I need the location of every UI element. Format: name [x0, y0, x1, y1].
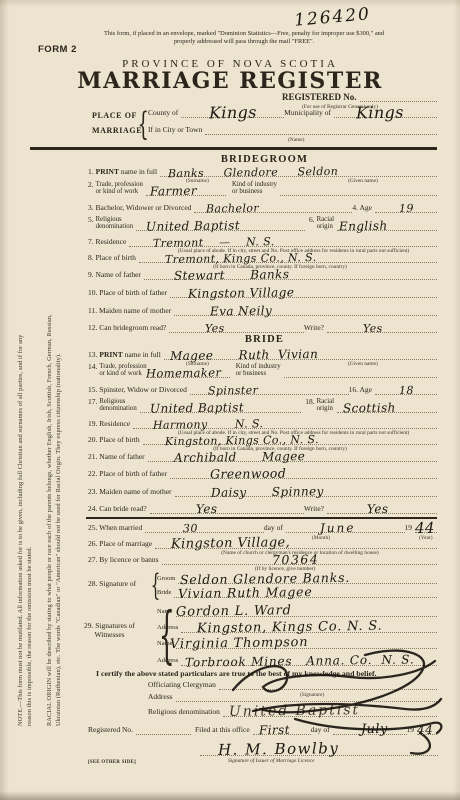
- marriage-register-document: 126420 This form, if placed in an envelo…: [0, 0, 460, 800]
- clergyman-address-line: [176, 687, 437, 702]
- f17-number: 17.: [88, 399, 99, 413]
- bride-write-line: Yes: [327, 499, 437, 514]
- groom-religion-line: United Baptist: [136, 216, 305, 231]
- issuer-signature-value: H. M. Bowlby: [218, 739, 340, 759]
- groom-status-line: Bachelor: [194, 198, 352, 213]
- sidebar-note-line1: NOTE.—This form must not be mutilated. A…: [17, 335, 24, 726]
- bride-name-line: Magee Ruth Vivian: [164, 345, 437, 360]
- place-of-line2: MARRIAGE: [92, 126, 142, 135]
- bride-father-birthplace-value-line: Greenwood: [170, 464, 437, 479]
- bride-literacy-row: 24. Can bride read? Yes Write? Yes: [88, 500, 437, 514]
- f29-label-line2: Witnesses: [84, 631, 135, 640]
- f13-number: 13.: [88, 350, 99, 359]
- f18-number: 18.: [305, 399, 316, 413]
- bride-father-row: 21. Name of father Archibald Magee: [88, 448, 437, 462]
- bride-trade-line: Homemaker: [150, 363, 230, 378]
- clergyman-address-label: Address: [148, 693, 176, 702]
- bride-residence-row: 19. Residence Harmony N. S.: [88, 415, 437, 429]
- city-town-row: If in City or Town: [148, 121, 437, 135]
- f25-label: 25. When married: [88, 524, 145, 533]
- registered-no-line: [360, 87, 437, 102]
- groom-status-row: 3. Bachelor, Widower or Divorced Bachelo…: [88, 199, 437, 213]
- mail-note: This form, if placed in an envelope, mar…: [58, 30, 430, 45]
- f1-rest-label: name in full: [121, 167, 157, 176]
- bride-read-line: Yes: [150, 499, 304, 514]
- f12-write-label: Write?: [304, 324, 327, 333]
- sidebar-racial-line2: Ukrainian (Ruthenian), etc. The words "C…: [55, 353, 62, 726]
- mail-note-line1: This form, if placed in an envelope, mar…: [58, 30, 430, 38]
- sidebar-note-line2: reason this is impossible, the reason fo…: [26, 547, 33, 726]
- bride-read-value: Yes: [196, 502, 218, 516]
- groom-age-line: 19: [375, 198, 437, 213]
- filed-dayof-label: day of: [311, 726, 333, 735]
- bride-father-birthplace-row: 22. Place of birth of father Greenwood: [88, 465, 437, 479]
- groom-residence-row: 7. Residence Tremont — N. S.: [88, 233, 437, 247]
- groom-father-birthplace-row: 10. Place of birth of father Kingston Vi…: [88, 284, 437, 298]
- f8-label: 8. Place of birth: [88, 254, 139, 263]
- f16-label: 16. Age: [349, 386, 375, 395]
- groom-mother-row: 11. Maiden name of mother Eva Neily: [88, 302, 437, 316]
- bride-trade-row: 14. Trade, professionor kind of work Hom…: [88, 364, 437, 378]
- groom-trade-line: Farmer: [146, 181, 226, 196]
- witness1-name-label: Name: [157, 608, 176, 617]
- f3-label: 3. Bachelor, Widower or Divorced: [88, 204, 194, 213]
- registered-label: Registered No.: [88, 726, 136, 735]
- f20-label: 20. Place of birth: [88, 436, 143, 445]
- licence-line: 70364: [162, 550, 437, 565]
- bride-mother-row: 23. Maiden name of mother Daisy Spinney: [88, 483, 437, 497]
- f21-label: 21. Name of father: [88, 453, 148, 462]
- groom-name-line: Banks Glendore Seldon: [160, 162, 437, 177]
- top-rule: [30, 147, 437, 150]
- groom-signature-line: Seldon Glendore Banks.: [178, 569, 437, 584]
- clergyman-denomination-line: United Baptist: [223, 702, 437, 717]
- f22-label: 22. Place of birth of father: [88, 470, 170, 479]
- mail-note-line2: properly addressed will pass through the…: [58, 38, 430, 46]
- groom-status-value: Bachelor: [206, 202, 259, 216]
- bride-father-value: Archibald Magee: [174, 449, 305, 465]
- city-town-sublabel: (Name): [288, 137, 304, 143]
- groom-father-line: Stewart Banks: [144, 265, 437, 280]
- city-town-label: If in City or Town: [148, 126, 205, 135]
- f1-number: 1.: [88, 167, 96, 176]
- witness1-name-line: Gordon L. Ward: [176, 602, 437, 617]
- groom-age-value: 19: [399, 202, 414, 215]
- married-month-line: June: [286, 518, 405, 533]
- groom-trade-value: Farmer: [150, 184, 197, 199]
- f1-print-label: PRINT: [96, 167, 119, 176]
- bride-signature-row: Bride Vivian Ruth Magee: [157, 584, 437, 598]
- f24-label: 24. Can bride read?: [88, 505, 150, 514]
- clergyman-address-row: Address: [148, 688, 437, 702]
- bride-age-line: 18: [375, 380, 437, 395]
- issuer-sublabel: Signature of Issuer of Marriage Licence: [228, 758, 315, 764]
- clergyman-denomination-value: United Baptist: [229, 702, 360, 720]
- f29-label: 29. Signatures of Witnesses: [84, 622, 135, 639]
- f6-number: 6.: [309, 217, 317, 231]
- form-number: FORM 2: [38, 44, 77, 55]
- bride-status-line: Spinster: [190, 380, 349, 395]
- witness1-address-label: Address: [157, 624, 181, 633]
- f25-dayof-label: day of: [264, 524, 286, 533]
- bride-heading: BRIDE: [92, 334, 437, 345]
- witness1-name-row: Name Gordon L. Ward: [157, 603, 437, 617]
- place-of-line1: PLACE OF: [92, 111, 142, 120]
- groom-literacy-row: 12. Can bridegroom read? Yes Write? Yes: [88, 319, 437, 333]
- registered-no-row: REGISTERED No.: [282, 88, 437, 102]
- groom-name-row: 1.PRINT name in full Banks Glendore Seld…: [88, 163, 437, 177]
- registered-footer-line: [136, 720, 191, 735]
- filed-year-value: 44: [417, 723, 433, 737]
- witness2-name-row: Name Virginia Thompson: [157, 635, 437, 649]
- county-line: Kings: [181, 103, 284, 118]
- groom-father-birthplace-value-line: Kingston Village: [170, 283, 437, 298]
- clergyman-denomination-label: Religious denomination: [148, 708, 223, 717]
- f24-write-label: Write?: [304, 505, 327, 514]
- groom-birthplace-line: Tremont, Kings Co., N. S.: [139, 248, 437, 263]
- bride-industry-line: [284, 363, 437, 378]
- see-other-side: [SEE OTHER SIDE]: [88, 760, 136, 765]
- groom-father-birthplace-value: Kingston Village: [188, 285, 294, 300]
- f2-industry-line2: or business: [232, 189, 277, 196]
- licence-row: 27. By licence or banns 70364: [88, 551, 437, 565]
- groom-write-line: Yes: [327, 318, 437, 333]
- bride-trade-value: Homemaker: [146, 365, 221, 380]
- bride-father-line: Archibald Magee: [148, 447, 437, 462]
- f5-label-line2: denomination: [96, 224, 133, 231]
- f12-label: 12. Can bridegroom read?: [88, 324, 169, 333]
- bride-origin-line: Scottish: [337, 398, 437, 413]
- registered-no-label: REGISTERED No.: [282, 93, 360, 102]
- filed-year-line: 44: [417, 720, 437, 735]
- bride-religion-line: United Baptist: [140, 398, 301, 413]
- f11-label: 11. Maiden name of mother: [88, 307, 174, 316]
- f14-number: 14.: [88, 364, 99, 378]
- licence-number-value: 70364: [272, 552, 319, 568]
- bride-birthplace-line: Kingston, Kings Co., N. S.: [143, 430, 437, 445]
- witness2-address-line: Torbrook Mines Anna. Co. N. S.: [181, 651, 437, 666]
- bride-write-value: Yes: [367, 502, 389, 516]
- groom-trade-row: 2. Trade, professionor kind of work Farm…: [88, 182, 437, 196]
- f13-print-label: PRINT: [99, 350, 122, 359]
- filed-month-value: July: [361, 722, 388, 737]
- witness2-address-row: Address Torbrook Mines Anna. Co. N. S.: [157, 652, 437, 666]
- bride-mother-value: Daisy Spinney: [210, 484, 323, 500]
- f17-label-line2: denomination: [99, 406, 136, 413]
- groom-signature-row: Groom Seldon Glendore Banks.: [157, 570, 437, 584]
- f18-label-line2: origin: [317, 406, 334, 413]
- groom-residence-line: Tremont — N. S.: [129, 232, 437, 247]
- f7-label: 7. Residence: [88, 238, 129, 247]
- f2-number: 2.: [88, 182, 96, 196]
- filed-value: First: [259, 723, 290, 737]
- f4-label: 4. Age: [352, 204, 375, 213]
- groom-mother-value: Eva Neily: [210, 304, 272, 319]
- f23-label: 23. Maiden name of mother: [88, 488, 175, 497]
- filed-month-line: July: [333, 720, 407, 735]
- bride-status-row: 15. Spinster, Widow or Divorced Spinster…: [88, 381, 437, 395]
- bride-residence-line: Harmony N. S.: [133, 414, 437, 429]
- bride-birthplace-row: 20. Place of birth Kingston, Kings Co., …: [88, 431, 437, 445]
- place-of-marriage-line: Kingston Village,: [155, 534, 437, 549]
- f10-label: 10. Place of birth of father: [88, 289, 170, 298]
- witness1-address-line: Kingston, Kings Co. N. S.: [181, 618, 437, 633]
- f5-number: 5.: [88, 217, 96, 231]
- municipality-line: Kings: [334, 103, 437, 118]
- groom-industry-line: [280, 181, 437, 196]
- f13-rest-label: name in full: [125, 350, 161, 359]
- f27-label: 27. By licence or banns: [88, 556, 162, 565]
- county-row: County of Kings Municipality of Kings: [148, 104, 437, 118]
- witness2-name-value: Virginia Thompson: [169, 635, 308, 652]
- f26-label: 26. Place of marriage: [88, 540, 155, 549]
- f19-label: 19. Residence: [88, 420, 133, 429]
- county-label: County of: [148, 109, 181, 118]
- f28-label: 28. Signature of: [88, 580, 139, 589]
- sidebar-racial-line1: RACIAL ORIGIN will be described by stati…: [46, 314, 53, 726]
- city-town-line: [205, 120, 437, 135]
- witness2-name-line: Virginia Thompson: [176, 634, 437, 649]
- f14-label-line2: or kind of work: [99, 371, 146, 378]
- place-of-marriage-row: 26. Place of marriage Kingston Village,: [88, 535, 437, 549]
- bride-religion-row: 17. Religiousdenomination United Baptist…: [88, 399, 437, 413]
- bride-mother-line: Daisy Spinney: [175, 482, 437, 497]
- filed-line: First: [253, 720, 311, 735]
- f6-label-line2: origin: [317, 224, 334, 231]
- filed-label: Filed at this office: [191, 726, 253, 735]
- married-year-line: 44: [415, 518, 437, 533]
- issuer-signature-row: H. M. Bowlby: [200, 742, 438, 756]
- groom-birthplace-row: 8. Place of birth Tremont, Kings Co., N.…: [88, 249, 437, 263]
- bride-signature-line: Vivian Ruth Magee: [174, 583, 437, 598]
- f25-year-prefix: 19: [405, 524, 416, 533]
- f15-label: 15. Spinster, Widow or Divorced: [88, 386, 190, 395]
- place-of-label: PLACE OF MARRIAGE: [92, 111, 142, 135]
- clergyman-denomination-row: Religious denomination United Baptist: [148, 703, 437, 717]
- groom-mother-line: Eva Neily: [174, 301, 437, 316]
- bride-age-value: 18: [399, 384, 414, 397]
- bride-name-row: 13.PRINT name in full Magee Ruth Vivian: [88, 346, 437, 360]
- groom-read-line: Yes: [169, 318, 304, 333]
- bride-signature-value: Vivian Ruth Magee: [178, 584, 313, 601]
- bride-status-value: Spinster: [208, 384, 258, 398]
- married-day-line: 30: [145, 518, 264, 533]
- groom-father-value: Stewart Banks: [174, 267, 290, 283]
- filed-row: Registered No. Filed at this office Firs…: [88, 721, 437, 735]
- when-married-row: 25. When married 30 day of June 19 44: [88, 519, 437, 533]
- issuer-signature-line: H. M. Bowlby: [200, 741, 438, 756]
- witness1-address-row: Address Kingston, Kings Co. N. S.: [157, 619, 437, 633]
- witness2-address-label: Address: [157, 657, 181, 666]
- f14-industry-line2: or business: [236, 371, 281, 378]
- groom-origin-line: English: [337, 216, 437, 231]
- groom-father-row: 9. Name of father Stewart Banks: [88, 266, 437, 280]
- municipality-label: Municipality of: [284, 109, 334, 118]
- groom-religion-row: 5. Religiousdenomination United Baptist …: [88, 217, 437, 231]
- f28-bride-label: Bride: [157, 589, 174, 598]
- f2-label-line2: or kind of work: [96, 189, 143, 196]
- f9-label: 9. Name of father: [88, 271, 144, 280]
- filed-year-prefix: 19: [407, 726, 418, 735]
- bride-father-birthplace-value: Greenwood: [210, 465, 286, 481]
